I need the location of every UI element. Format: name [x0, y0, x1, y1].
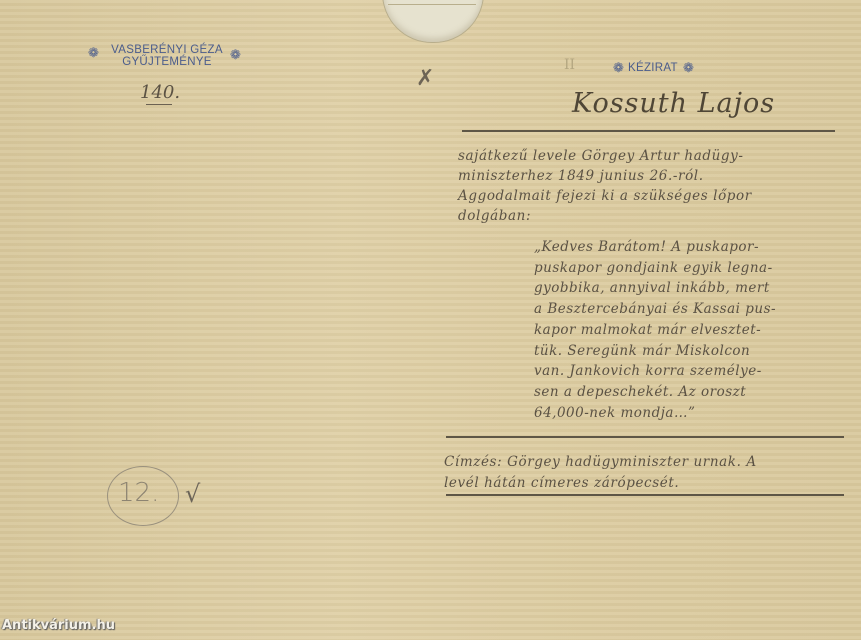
inventory-underline	[146, 104, 172, 105]
quote-line: 64,000-nek mondja…”	[534, 403, 776, 424]
quote-line: kapor malmokat már elvesztet-	[534, 320, 776, 341]
quote-line: puskapor gondjaink egyik legna-	[534, 258, 776, 279]
description-line: dolgában:	[458, 206, 752, 226]
address-bottom-rule	[446, 494, 844, 496]
faint-roman-numeral: II	[564, 57, 575, 73]
description-line: Aggodalmait fejezi ki a szükséges lőpor	[458, 186, 752, 206]
check-mark-icon: √	[185, 480, 200, 508]
circled-number: 12.	[118, 478, 159, 508]
address-line: levél hátán címeres zárópecsét.	[444, 473, 757, 494]
quote-line: van. Jankovich korra személye-	[534, 361, 776, 382]
description-line: miniszterhez 1849 junius 26.-ról.	[458, 166, 752, 186]
collection-stamp-line2: GYŰJTEMÉNYE	[88, 56, 246, 68]
quote-line: „Kedves Barátom! A puskapor-	[534, 237, 776, 258]
quote-line: gyobbika, annyival inkább, mert	[534, 278, 776, 299]
author-heading: Kossuth Lajos	[572, 88, 775, 119]
heading-rule	[462, 130, 835, 132]
quote-line: tük. Seregünk már Miskolcon	[534, 341, 776, 362]
description-line: sajátkezű levele Görgey Artur hadügy-	[458, 146, 752, 166]
flower-stamp-icon: ❁	[230, 48, 241, 63]
address-top-rule	[446, 436, 844, 438]
inventory-number: 140.	[140, 82, 180, 103]
flower-stamp-icon: ❁	[613, 61, 624, 76]
quote-line: sen a depeschekét. Az oroszt	[534, 382, 776, 403]
description-block: sajátkezű levele Görgey Artur hadügy- mi…	[458, 146, 752, 226]
address-block: Címzés: Görgey hadügyminiszter urnak. A …	[444, 452, 757, 494]
watermark: Antikvárium.hu	[2, 618, 115, 633]
quote-block: „Kedves Barátom! A puskapor- puskapor go…	[534, 237, 776, 423]
collection-stamp: VASBERÉNYI GÉZA GYŰJTEMÉNYE	[88, 44, 246, 68]
quote-line: a Besztercebányai és Kassai pus-	[534, 299, 776, 320]
punch-hole-edge	[388, 4, 476, 5]
cross-mark-icon: ✗	[416, 66, 434, 91]
collection-stamp-line1: VASBERÉNYI GÉZA	[88, 44, 246, 56]
kezirat-stamp: KÉZIRAT	[628, 62, 678, 74]
address-line: Címzés: Görgey hadügyminiszter urnak. A	[444, 452, 757, 473]
flower-stamp-icon: ❁	[683, 61, 694, 76]
